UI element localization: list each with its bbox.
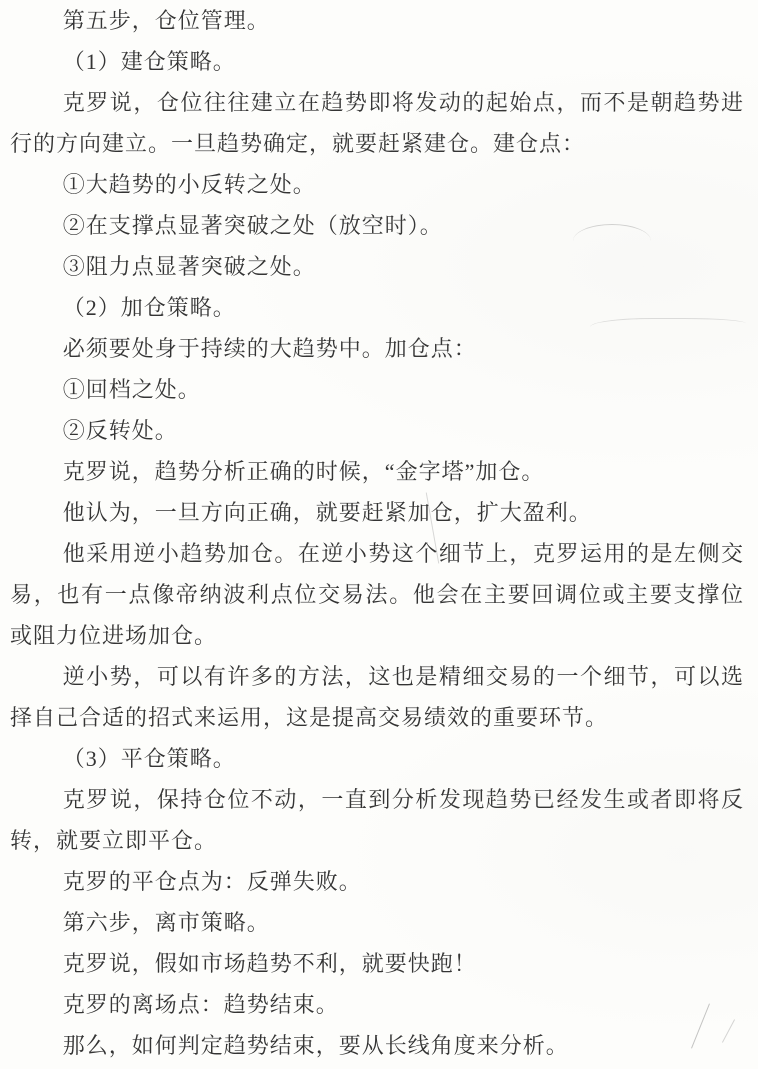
paragraph: 克罗的平仓点为：反弹失败。 <box>10 861 744 902</box>
paragraph: 他认为，一旦方向正确，就要赶紧加仓，扩大盈利。 <box>10 492 744 533</box>
paragraph: 克罗说，趋势分析正确的时候，“金字塔”加仓。 <box>10 451 744 492</box>
paragraph-section3-heading: （3）平仓策略。 <box>10 738 744 779</box>
paragraph: 逆小势，可以有许多的方法，这也是精细交易的一个细节，可以选择自己合适的招式来运用… <box>10 656 744 738</box>
paragraph-list-item-2: ②反转处。 <box>10 410 744 451</box>
scanned-book-page: 第五步，仓位管理。 （1）建仓策略。 克罗说，仓位往往建立在趋势即将发动的起始点… <box>0 0 758 1069</box>
paragraph-step6-heading: 第六步，离市策略。 <box>10 902 744 943</box>
body-text: 第五步，仓位管理。 （1）建仓策略。 克罗说，仓位往往建立在趋势即将发动的起始点… <box>0 0 758 1066</box>
paragraph-list-item-1: ①大趋势的小反转之处。 <box>10 164 744 205</box>
paragraph: 那么，如何判定趋势结束，要从长线角度来分析。 <box>10 1025 744 1066</box>
paragraph-list-item-2: ②在支撑点显著突破之处（放空时）。 <box>10 205 744 246</box>
paragraph-section1-heading: （1）建仓策略。 <box>10 41 744 82</box>
paragraph-step5-heading: 第五步，仓位管理。 <box>10 0 744 41</box>
paragraph-section2-heading: （2）加仓策略。 <box>10 287 744 328</box>
paragraph-list-item-1: ①回档之处。 <box>10 369 744 410</box>
paragraph: 他采用逆小趋势加仓。在逆小势这个细节上，克罗运用的是左侧交易，也有一点像帝纳波利… <box>10 533 744 656</box>
paragraph: 必须要处身于持续的大趋势中。加仓点： <box>10 328 744 369</box>
paragraph: 克罗说，假如市场趋势不利，就要快跑！ <box>10 943 744 984</box>
paragraph-list-item-3: ③阻力点显著突破之处。 <box>10 246 744 287</box>
paragraph: 克罗的离场点：趋势结束。 <box>10 984 744 1025</box>
paragraph: 克罗说，保持仓位不动，一直到分析发现趋势已经发生或者即将反转，就要立即平仓。 <box>10 779 744 861</box>
paragraph: 克罗说，仓位往往建立在趋势即将发动的起始点，而不是朝趋势进行的方向建立。一旦趋势… <box>10 82 744 164</box>
